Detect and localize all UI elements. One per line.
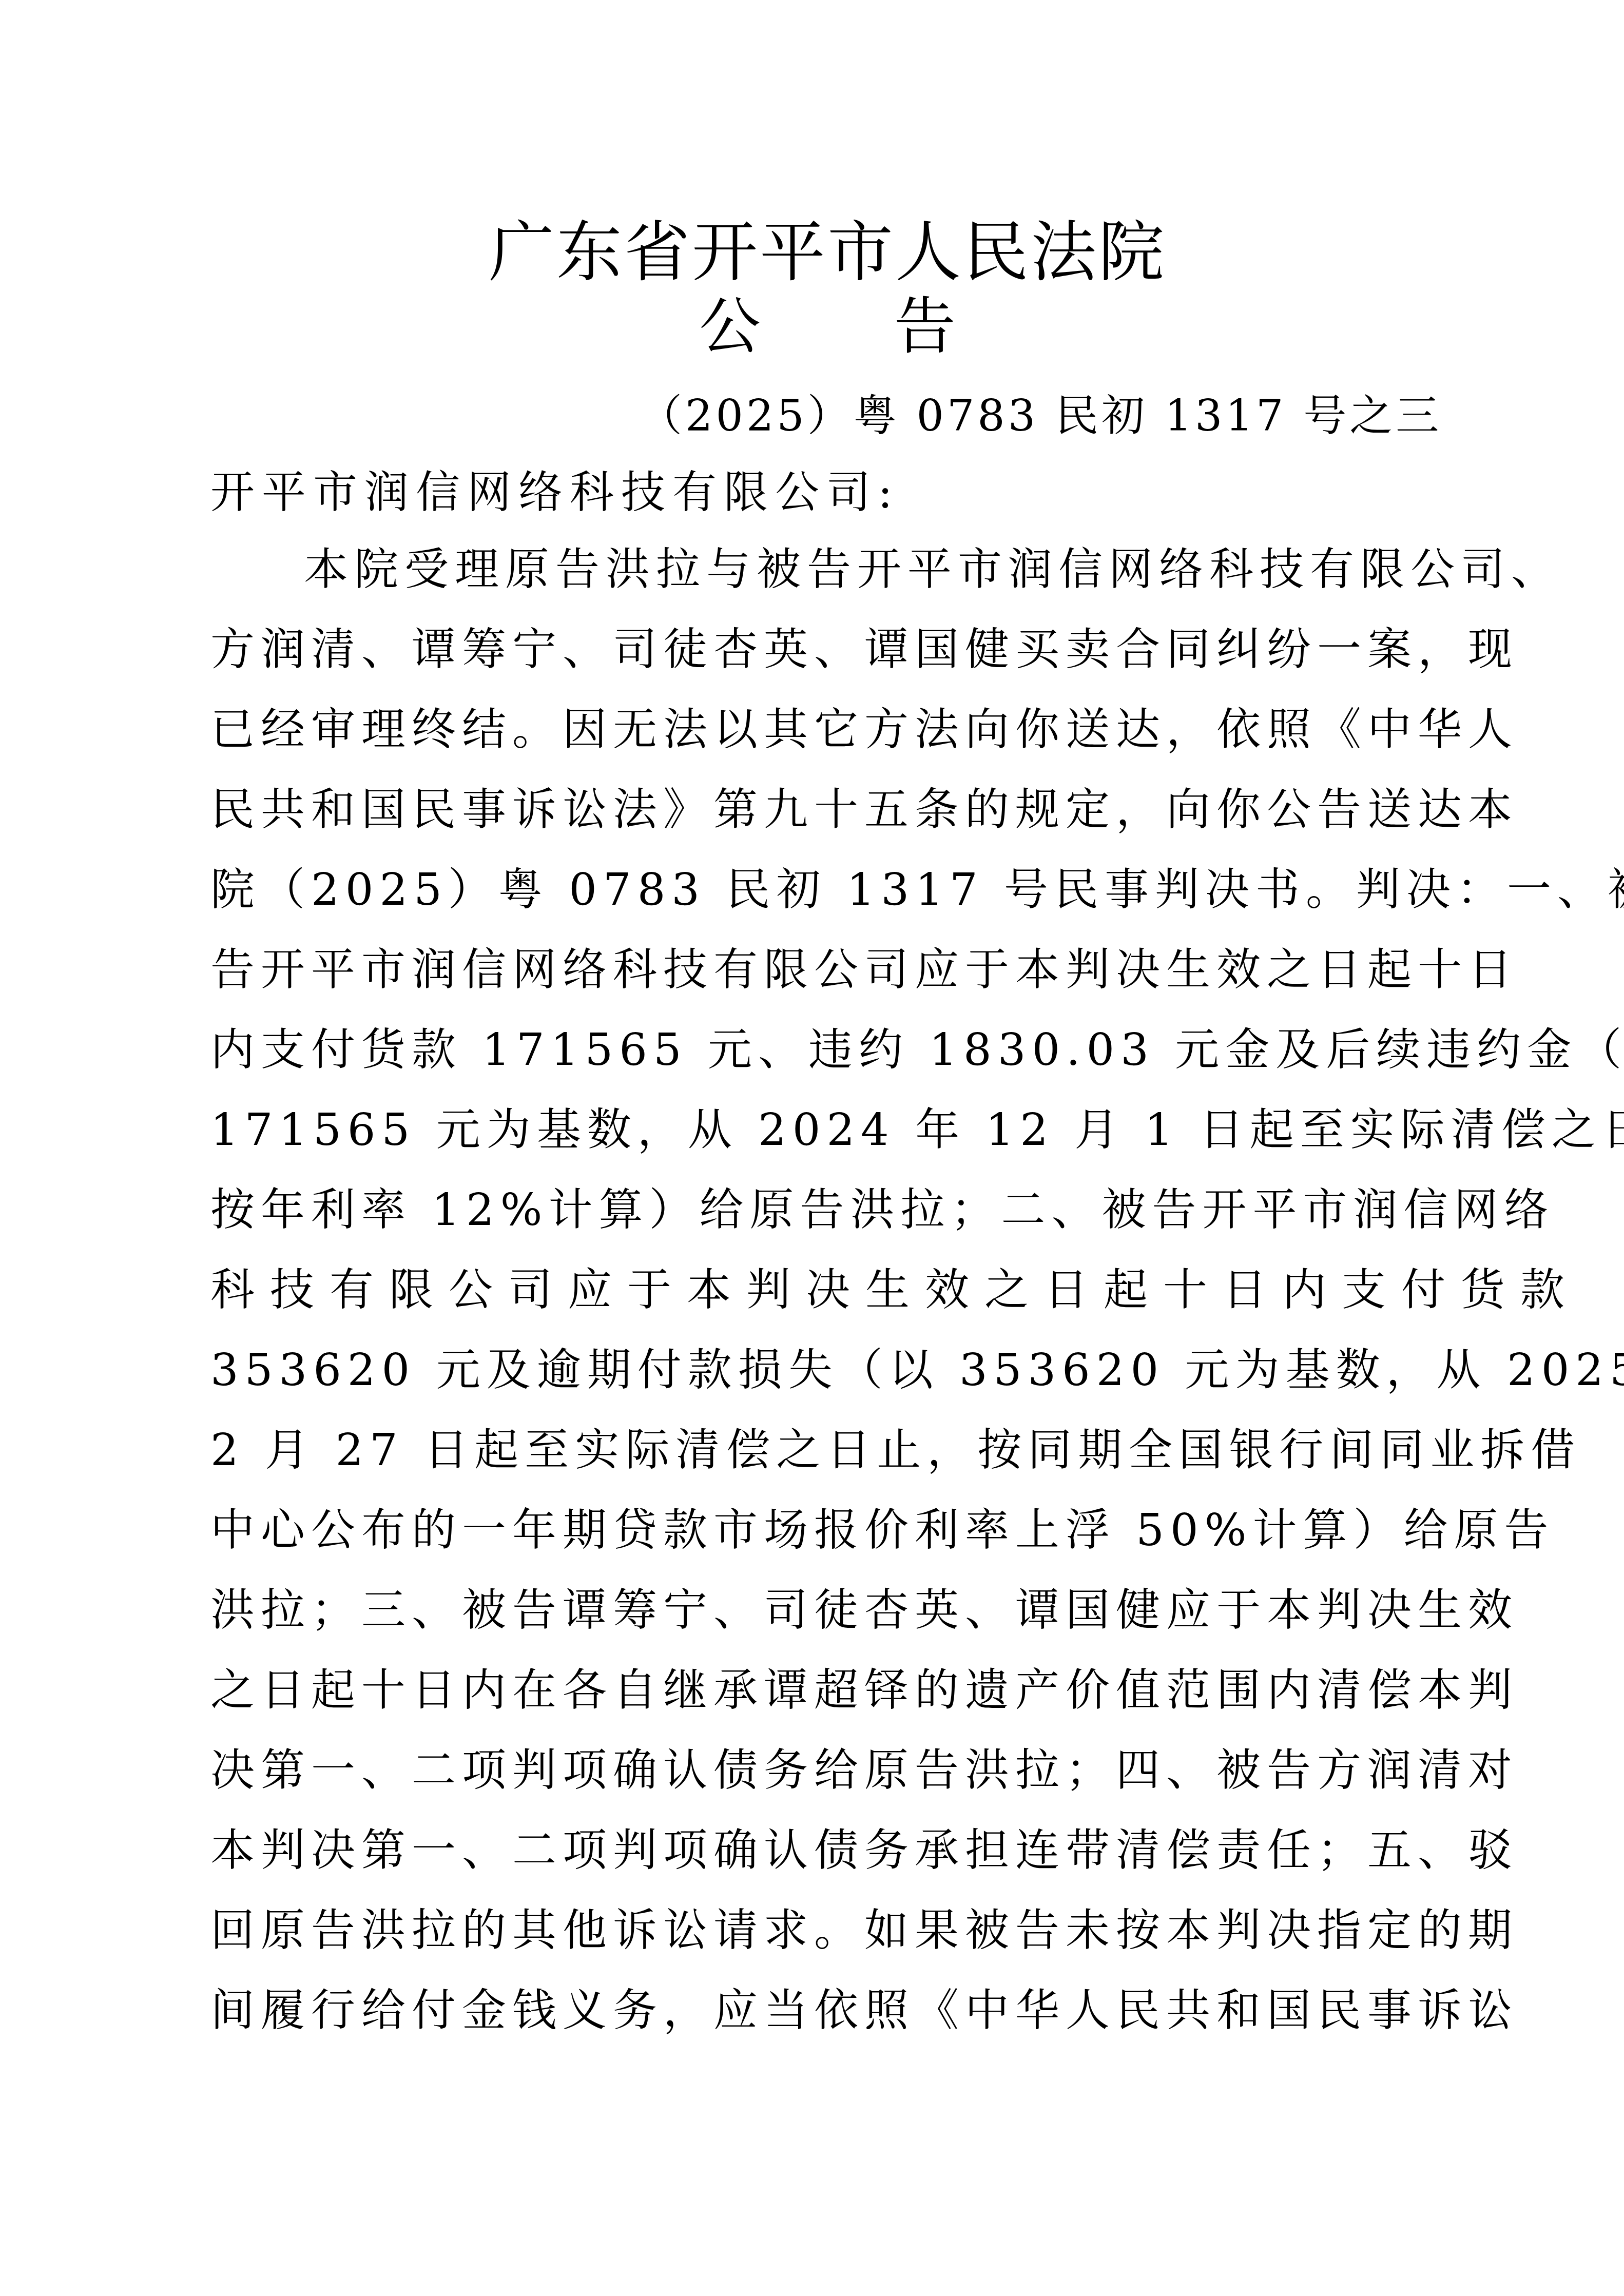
body-line: 中心公布的一年期贷款市场报价利率上浮 50%计算）给原告 — [210, 1502, 1422, 1582]
body-line: 方润清、谭筹宁、司徒杏英、谭国健买卖合同纠纷一案，现 — [210, 621, 1422, 702]
body-line: 按年利率 12%计算）给原告洪拉；二、被告开平市润信网络 — [210, 1182, 1422, 1262]
body-line: 科技有限公司应于本判决生效之日起十日内支付货款 — [210, 1262, 1422, 1342]
court-name-heading: 广东省开平市人民法院 — [0, 215, 1624, 291]
body-line: 171565 元为基数，从 2024 年 12 月 1 日起至实际清偿之日止， — [210, 1102, 1422, 1182]
document-type-char-2: 告 — [894, 291, 956, 363]
document-type-char-1: 公 — [699, 291, 761, 363]
body-line: 院（2025）粤 0783 民初 1317 号民事判决书。判决：一、被 — [210, 862, 1422, 942]
body-line: 2 月 27 日起至实际清偿之日止，按同期全国银行间同业拆借 — [210, 1422, 1422, 1502]
body-line: 本判决第一、二项判项确认债务承担连带清偿责任；五、驳 — [210, 1822, 1422, 1902]
body-line: 内支付货款 171565 元、违约 1830.03 元金及后续违约金（以 — [210, 1022, 1422, 1102]
body-line: 本院受理原告洪拉与被告开平市润信网络科技有限公司、 — [210, 541, 1422, 621]
body-line: 决第一、二项判项确认债务给原告洪拉；四、被告方润清对 — [210, 1742, 1422, 1822]
addressee: 开平市润信网络科技有限公司: — [210, 464, 900, 521]
document-type-heading: 公告 — [0, 291, 1624, 363]
body-line: 民共和国民事诉讼法》第九十五条的规定，向你公告送达本 — [210, 782, 1422, 862]
body-line: 洪拉；三、被告谭筹宁、司徒杏英、谭国健应于本判决生效 — [210, 1582, 1422, 1662]
notice-body: 本院受理原告洪拉与被告开平市润信网络科技有限公司、 方润清、谭筹宁、司徒杏英、谭… — [210, 541, 1422, 2062]
body-line: 353620 元及逾期付款损失（以 353620 元为基数，从 2025 年 — [210, 1342, 1422, 1422]
body-line: 已经审理终结。因无法以其它方法向你送达，依照《中华人 — [210, 702, 1422, 782]
body-line: 间履行给付金钱义务，应当依照《中华人民共和国民事诉讼 — [210, 1982, 1422, 2062]
case-number: （2025）粤 0783 民初 1317 号之三 — [639, 387, 1442, 444]
body-line: 告开平市润信网络科技有限公司应于本判决生效之日起十日 — [210, 942, 1422, 1022]
document-page: 广东省开平市人民法院 公告 （2025）粤 0783 民初 1317 号之三 开… — [0, 0, 1624, 2296]
body-line: 之日起十日内在各自继承谭超铎的遗产价值范围内清偿本判 — [210, 1662, 1422, 1742]
body-line: 回原告洪拉的其他诉讼请求。如果被告未按本判决指定的期 — [210, 1902, 1422, 1982]
